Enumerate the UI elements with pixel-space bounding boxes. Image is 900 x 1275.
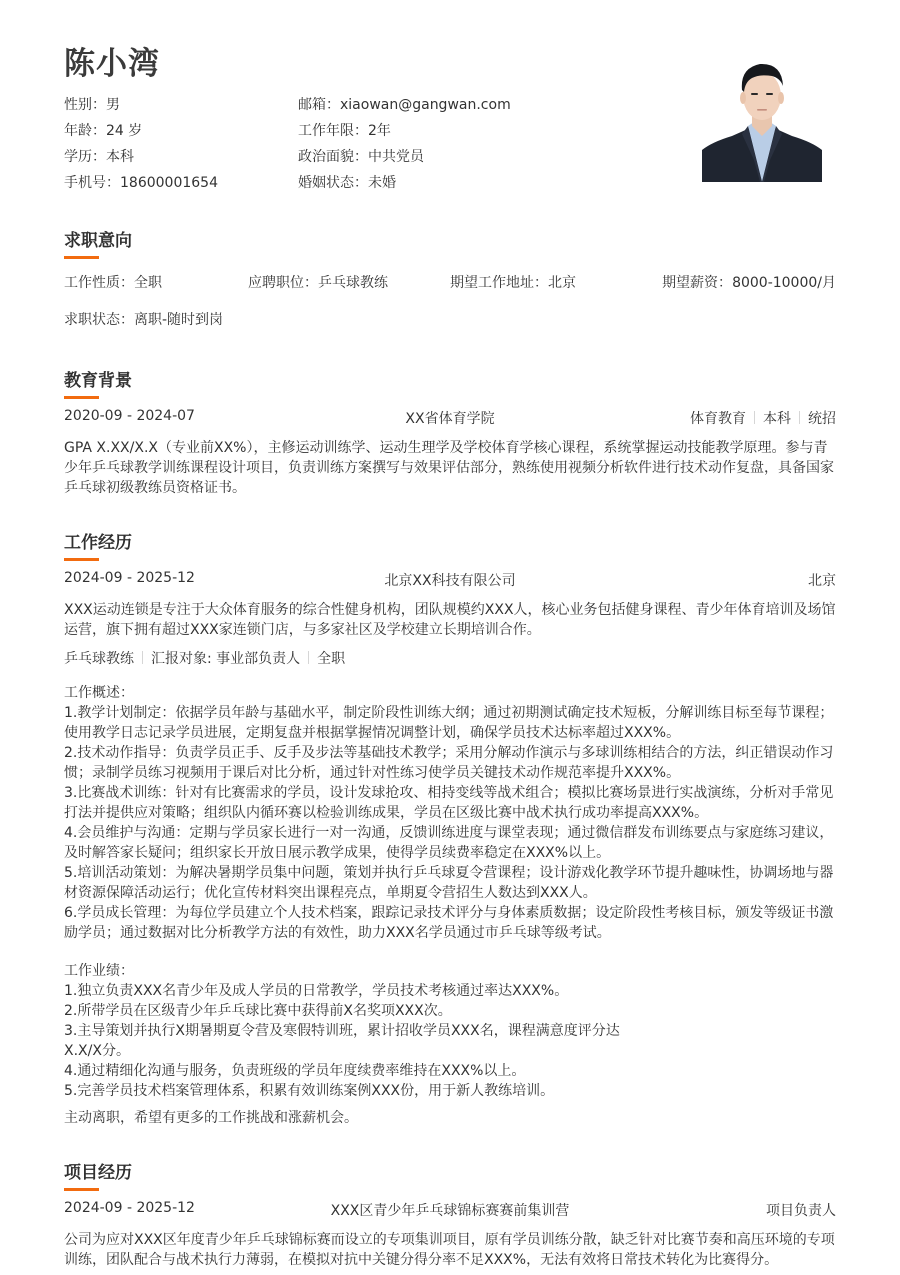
- work-tags-row: 乒乓球教练汇报对象: 事业部负责人全职: [64, 648, 836, 668]
- info-value[interactable]: 18600001654: [120, 175, 218, 191]
- work-report-to: 汇报对象: 事业部负责人: [151, 651, 300, 667]
- info-value: 男: [106, 97, 120, 113]
- field-value: 乒乓球教练: [318, 275, 388, 291]
- work-overview-item: 6.学员成长管理：为每位学员建立个人技术档案，跟踪记录技术评分与身体素质数据；设…: [64, 903, 836, 943]
- work-overview-item: 4.会员维护与沟通：定期与学员家长进行一对一沟通，反馈训练进度与课堂表现；通过微…: [64, 823, 836, 863]
- work-overview: 工作概述： 1.教学计划制定：依据学员年龄与基础水平，制定阶段性训练大纲；通过初…: [64, 683, 836, 943]
- work-achievement-item: X.X/X分。: [64, 1041, 836, 1061]
- work-overview-item: 1.教学计划制定：依据学员年龄与基础水平，制定阶段性训练大纲；通过初期测试确定技…: [64, 703, 836, 743]
- info-value: 中共党员: [368, 149, 424, 165]
- intention-position: 应聘职位：乒乓球教练: [248, 272, 388, 292]
- field-value: 8000-10000/月: [732, 275, 836, 291]
- work-type: 全职: [317, 651, 345, 667]
- intention-location: 期望工作地址：北京: [450, 272, 576, 292]
- info-gender: 性别：男: [64, 94, 120, 114]
- info-work-years: 工作年限：2年: [298, 120, 391, 140]
- project-name: XXX区青少年乒乓球锦标赛赛前集训营: [64, 1200, 836, 1220]
- separator: [799, 411, 800, 424]
- work-role: 乒乓球教练: [64, 651, 134, 667]
- info-value: 本科: [106, 149, 134, 165]
- info-email: 邮箱：xiaowan@gangwan.com: [298, 94, 511, 114]
- info-label: 婚姻状态：: [298, 175, 368, 191]
- work-overview-item: 2.技术动作指导：负责学员正手、反手及步法等基础技术教学；采用分解动作演示与多球…: [64, 743, 836, 783]
- work-overview-item: 3.比赛战术训练：针对有比赛需求的学员，设计发球抢攻、相持变线等战术组合；模拟比…: [64, 783, 836, 823]
- info-label: 手机号：: [64, 175, 120, 191]
- field-label: 工作性质：: [64, 275, 134, 291]
- education-major: 体育教育: [690, 411, 746, 427]
- work-achievement-item: 1.独立负责XXX名青少年及成人学员的日常教学，学员技术考核通过率达XXX%。: [64, 981, 836, 1001]
- info-label: 性别：: [64, 97, 106, 113]
- field-label: 期望工作地址：: [450, 275, 548, 291]
- work-overview-item: 5.培训活动策划：为解决暑期学员集中问题，策划并执行乒乓球夏令营课程；设计游戏化…: [64, 863, 836, 903]
- section-title-project: 项目经历: [64, 1158, 132, 1183]
- work-company: 北京XX科技有限公司: [64, 570, 836, 590]
- work-achievement-item: 5.完善学员技术档案管理体系，积累有效训练案例XXX份，用于新人教练培训。: [64, 1081, 836, 1101]
- intention-row: 工作性质：全职 应聘职位：乒乓球教练 期望工作地址：北京 期望薪资：8000-1…: [64, 272, 836, 292]
- separator: [142, 651, 143, 664]
- project-description: 公司为应对XXX区年度青少年乒乓球锦标赛而设立的专项集训项目，原有学员训练分散，…: [64, 1230, 836, 1270]
- education-header-row: 2020-09 - 2024-07 XX省体育学院 体育教育本科统招: [64, 408, 836, 428]
- info-value: 24 岁: [106, 123, 142, 139]
- info-label: 学历：: [64, 149, 106, 165]
- separator: [754, 411, 755, 424]
- education-degree: 本科: [763, 411, 791, 427]
- info-phone: 手机号：18600001654: [64, 172, 218, 192]
- work-company-intro: XXX运动连锁是专注于大众体育服务的综合性健身机构，团队规模约XXX人，核心业务…: [64, 600, 836, 640]
- field-value: 北京: [548, 275, 576, 291]
- profile-photo: [702, 52, 822, 182]
- info-value: 2年: [368, 123, 391, 139]
- info-education: 学历：本科: [64, 146, 134, 166]
- section-accent-bar: [64, 558, 99, 561]
- info-label: 年龄：: [64, 123, 106, 139]
- info-age: 年龄：24 岁: [64, 120, 142, 140]
- intention-status-row: 求职状态：离职-随时到岗: [64, 309, 836, 329]
- intention-salary: 期望薪资：8000-10000/月: [662, 272, 836, 292]
- project-header-row: 2024-09 - 2025-12 XXX区青少年乒乓球锦标赛赛前集训营 项目负…: [64, 1200, 836, 1220]
- intention-status: 求职状态：离职-随时到岗: [64, 309, 223, 329]
- work-tags: 乒乓球教练汇报对象: 事业部负责人全职: [64, 648, 345, 668]
- field-label: 求职状态：: [64, 312, 134, 328]
- education-description: GPA X.XX/X.X（专业前XX%），主修运动训练学、运动生理学及学校体育学…: [64, 438, 836, 498]
- work-leave-reason: 主动离职，希望有更多的工作挑战和涨薪机会。: [64, 1108, 836, 1128]
- info-label: 邮箱：: [298, 97, 340, 113]
- work-location: 北京: [808, 570, 836, 590]
- info-label: 政治面貌：: [298, 149, 368, 165]
- field-value: 全职: [134, 275, 162, 291]
- field-label: 应聘职位：: [248, 275, 318, 291]
- info-value: 未婚: [368, 175, 396, 191]
- work-overview-label: 工作概述：: [64, 683, 836, 703]
- section-accent-bar: [64, 256, 99, 259]
- education-tags: 体育教育本科统招: [690, 408, 836, 428]
- info-label: 工作年限：: [298, 123, 368, 139]
- section-title-education: 教育背景: [64, 366, 132, 391]
- separator: [308, 651, 309, 664]
- work-achievement-item: 3.主导策划并执行X期暑期夏令营及寒假特训班，累计招收学员XXX名，课程满意度评…: [64, 1021, 836, 1041]
- education-enrollment: 统招: [808, 411, 836, 427]
- work-achievement-item: 4.通过精细化沟通与服务，负责班级的学员年度续费率维持在XXX%以上。: [64, 1061, 836, 1081]
- candidate-name: 陈小湾: [64, 38, 160, 83]
- info-value[interactable]: xiaowan@gangwan.com: [340, 97, 511, 113]
- section-title-intention: 求职意向: [64, 226, 132, 251]
- info-political: 政治面貌：中共党员: [298, 146, 424, 166]
- work-achievement-item: 2.所带学员在区级青少年乒乓球比赛中获得前X名奖项XXX次。: [64, 1001, 836, 1021]
- work-achievements-label: 工作业绩：: [64, 961, 836, 981]
- project-role: 项目负责人: [766, 1200, 836, 1220]
- work-header-row: 2024-09 - 2025-12 北京XX科技有限公司 北京: [64, 570, 836, 590]
- info-marital: 婚姻状态：未婚: [298, 172, 396, 192]
- section-accent-bar: [64, 396, 99, 399]
- section-title-work: 工作经历: [64, 528, 132, 553]
- avatar-portrait-icon: [702, 52, 822, 182]
- field-value: 离职-随时到岗: [134, 312, 223, 328]
- section-accent-bar: [64, 1188, 99, 1191]
- intention-job-type: 工作性质：全职: [64, 272, 162, 292]
- field-label: 期望薪资：: [662, 275, 732, 291]
- work-achievements: 工作业绩： 1.独立负责XXX名青少年及成人学员的日常教学，学员技术考核通过率达…: [64, 961, 836, 1101]
